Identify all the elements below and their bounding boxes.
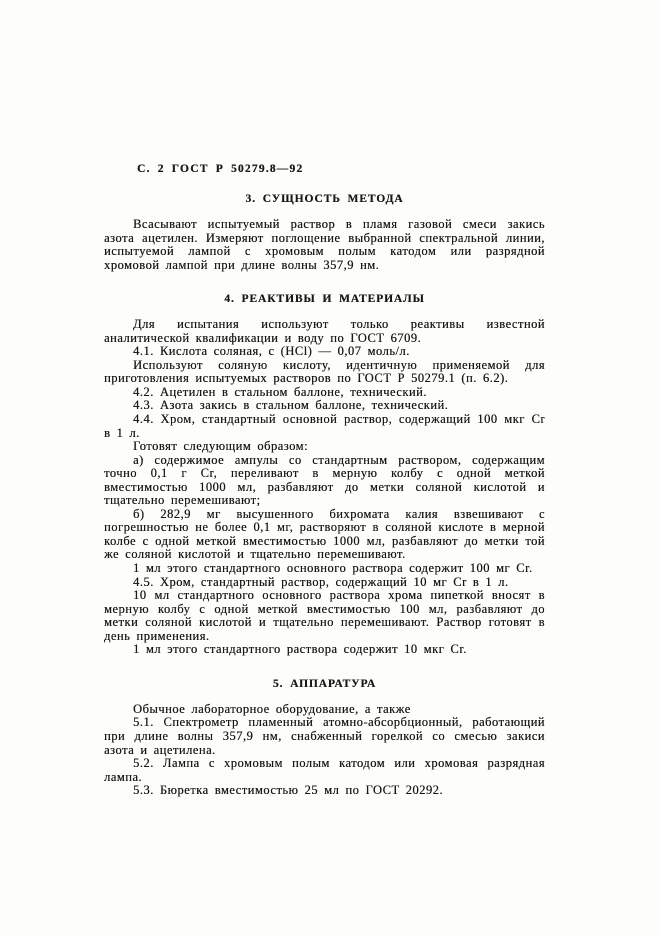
clause-4-4-item-b: б) 282,9 мг высушенного бихромата калия … (104, 508, 545, 562)
clause-4-1-note: Используют соляную кислоту, идентичную п… (104, 359, 545, 386)
clause-5-2: 5.2. Лампа с хромовым полым катодом или … (104, 757, 545, 784)
clause-4-4-prep-intro: Готовят следующим образом: (104, 440, 545, 454)
section-3-heading: 3. СУЩНОСТЬ МЕТОДА (104, 193, 545, 205)
clause-5-intro: Обычное лабораторное оборудование, а так… (104, 703, 545, 717)
section-5: 5. АППАРАТУРА Обычное лабораторное обору… (104, 678, 545, 798)
section-4: 4. РЕАКТИВЫ И МАТЕРИАЛЫ Для испытания ис… (104, 293, 545, 657)
running-header: С. 2 ГОСТ Р 50279.8—92 (137, 163, 545, 175)
section-3-paragraph: Всасывают испытуемый раствор в пламя газ… (104, 218, 545, 272)
section-3: 3. СУЩНОСТЬ МЕТОДА Всасывают испытуемый … (104, 193, 545, 272)
clause-5-3: 5.3. Бюретка вместимостью 25 мл по ГОСТ … (104, 784, 545, 798)
clause-4-intro: Для испытания используют только реактивы… (104, 318, 545, 345)
clause-4-1: 4.1. Кислота соляная, с (HCl) — 0,07 мол… (104, 345, 545, 359)
clause-4-4: 4.4. Хром, стандартный основной раствор,… (104, 413, 545, 440)
section-4-heading: 4. РЕАКТИВЫ И МАТЕРИАЛЫ (104, 293, 545, 305)
clause-4-4-item-a: а) содержимое ампулы со стандартным раст… (104, 454, 545, 508)
clause-4-5-note: 1 мл этого стандартного раствора содержи… (104, 643, 545, 657)
text-block: С. 2 ГОСТ Р 50279.8—92 3. СУЩНОСТЬ МЕТОД… (104, 163, 545, 798)
clause-4-4-note: 1 мл этого стандартного основного раство… (104, 562, 545, 576)
clause-5-1: 5.1. Спектрометр пламенный атомно-абсорб… (104, 716, 545, 757)
section-5-heading: 5. АППАРАТУРА (104, 678, 545, 690)
clause-4-5: 4.5. Хром, стандартный раствор, содержащ… (104, 576, 545, 590)
clause-4-2: 4.2. Ацетилен в стальном баллоне, технич… (104, 386, 545, 400)
clause-4-3: 4.3. Азота закись в стальном баллоне, те… (104, 399, 545, 413)
scanned-standard-page: С. 2 ГОСТ Р 50279.8—92 3. СУЩНОСТЬ МЕТОД… (0, 0, 661, 935)
clause-4-5-prep: 10 мл стандартного основного раствора хр… (104, 589, 545, 643)
